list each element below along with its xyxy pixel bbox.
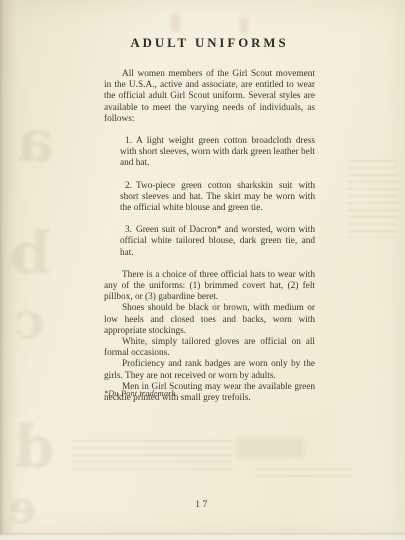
page-number: 17 (0, 500, 405, 510)
list-item-number: 3. (125, 225, 136, 235)
page-gutter-shadow (0, 0, 16, 540)
showthrough-text-bottom-right (255, 468, 351, 480)
page-bottom-edge (0, 533, 405, 540)
paragraph-hats: There is a choice of three official hats… (104, 270, 315, 304)
showthrough-letter-d: d (14, 418, 55, 476)
paragraph-gloves: White, simply tailored gloves are offici… (104, 337, 315, 359)
showthrough-letter-c: c (14, 296, 44, 346)
list-item-text: A light weight green cotton broadcloth d… (120, 136, 315, 168)
showthrough-letter-a: a (16, 112, 54, 170)
showthrough-text-bottom-left (72, 440, 232, 472)
book-page: a b c d e ADULT UNIFORMS All women membe… (0, 0, 405, 540)
paragraph-shoes: Shoes should be black or brown, with med… (104, 303, 315, 337)
list-item-2: 2.Two-piece green cotton sharkskin suit … (104, 181, 315, 215)
list-item-3: 3.Green suit of Dacron* and worsted, wor… (104, 225, 315, 259)
list-item-text: Green suit of Dacron* and worsted, worn … (120, 225, 315, 257)
showthrough-block (236, 438, 304, 458)
showthrough-letter-b: b (10, 224, 51, 282)
paragraph-badges: Proficiency and rank badges are worn onl… (104, 359, 315, 381)
footnote-dupont: *Du Pont trademark (104, 389, 175, 398)
showthrough-mark-1 (171, 15, 180, 32)
page-content: ADULT UNIFORMS All women members of the … (104, 36, 315, 404)
list-item-text: Two-piece green cotton sharkskin suit wi… (120, 181, 315, 213)
intro-paragraph: All women members of the Girl Scout move… (104, 69, 315, 125)
showthrough-mark-2 (240, 18, 248, 34)
list-item-number: 2. (125, 181, 136, 191)
list-item-1: 1.A light weight green cotton broadcloth… (104, 136, 315, 170)
list-item-number: 1. (125, 136, 136, 146)
page-title: ADULT UNIFORMS (104, 36, 315, 50)
showthrough-text-right (348, 160, 398, 238)
